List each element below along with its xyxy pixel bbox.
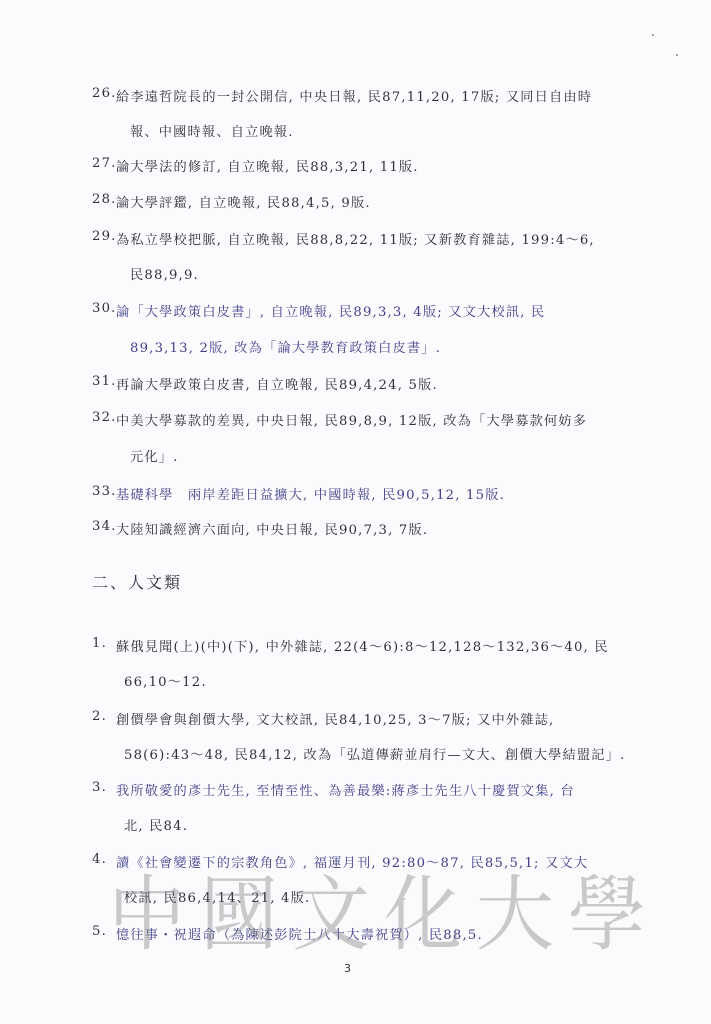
item-number: 28. (92, 192, 117, 207)
item-text: 為私立學校把脈, 自立晚報, 民88,8,22, 11版; 又新教育雜誌, 19… (116, 229, 595, 248)
item-text: 基礎科學 兩岸差距日益擴大, 中國時報, 民90,5,12, 15版. (116, 484, 505, 503)
page-number: 3 (344, 962, 351, 975)
item-text-cont: 89,3,13, 2版, 改為「論大學教育政策白皮書」. (130, 337, 441, 356)
item-text: 論大學評鑑, 自立晚報, 民88,4,5, 9版. (116, 192, 371, 211)
item-text: 讀《社會變遷下的宗教角色》, 福運月刊, 92:80～87, 民85,5,1; … (116, 852, 588, 871)
item-text: 給李遠哲院長的一封公開信, 中央日報, 民87,11,20, 17版; 又同日自… (116, 86, 592, 105)
item-number: 32. (92, 410, 117, 425)
scan-speck (652, 34, 654, 36)
item-text: 論「大學政策白皮書」, 自立晚報, 民89,3,3, 4版; 又文大校訊, 民 (116, 301, 545, 320)
item-text-cont: 北, 民84. (124, 815, 188, 834)
item-text: 再論大學政策白皮書, 自立晚報, 民89,4,24, 5版. (116, 374, 438, 393)
item-number: 34. (92, 519, 117, 534)
item-number: 5. (92, 924, 107, 939)
item-text: 大陸知識經濟六面向, 中央日報, 民90,7,3, 7版. (116, 519, 428, 538)
scan-speck (676, 54, 678, 56)
item-text: 創價學會與創價大學, 文大校訊, 民84,10,25, 3～7版; 又中外雜誌, (116, 709, 554, 728)
item-text: 中美大學募款的差異, 中央日報, 民89,8,9, 12版, 改為「大學募款何妨… (116, 410, 587, 429)
item-text-cont: 元化」. (130, 446, 179, 465)
item-number: 26. (92, 86, 117, 101)
item-text: 我所敬愛的彥士先生, 至情至性、為善最樂:蔣彥士先生八十慶賀文集, 台 (116, 780, 575, 799)
item-number: 2. (92, 709, 107, 724)
item-text-cont: 校訊, 民86,4,14、21, 4版. (124, 887, 310, 906)
section-heading: 二、人文類 (92, 570, 182, 593)
item-number: 33. (92, 484, 117, 499)
item-text-cont: 58(6):43～48, 民84,12, 改為「弘道傳薪並肩行—文大、創價大學結… (124, 744, 625, 763)
document-page: 26. 給李遠哲院長的一封公開信, 中央日報, 民87,11,20, 17版; … (0, 0, 711, 1024)
item-text: 論大學法的修訂, 自立晚報, 民88,3,21, 11版. (116, 156, 419, 175)
item-number: 30. (92, 301, 117, 316)
item-number: 4. (92, 852, 107, 867)
item-text-cont: 民88,9,9. (130, 264, 199, 283)
item-number: 27. (92, 156, 117, 171)
item-number: 3. (92, 780, 107, 795)
item-text: 蘇俄見聞(上)(中)(下), 中外雜誌, 22(4～6):8～12,128～13… (116, 636, 609, 655)
item-text-cont: 66,10～12. (124, 671, 207, 690)
item-number: 1. (92, 636, 107, 651)
item-number: 31. (92, 374, 117, 389)
item-text: 憶往事・祝遐命（為陳述彭院士八十大壽祝賀）, 民88,5. (116, 924, 483, 943)
item-text-cont: 報、中國時報、自立晚報. (130, 121, 294, 140)
item-number: 29. (92, 229, 117, 244)
